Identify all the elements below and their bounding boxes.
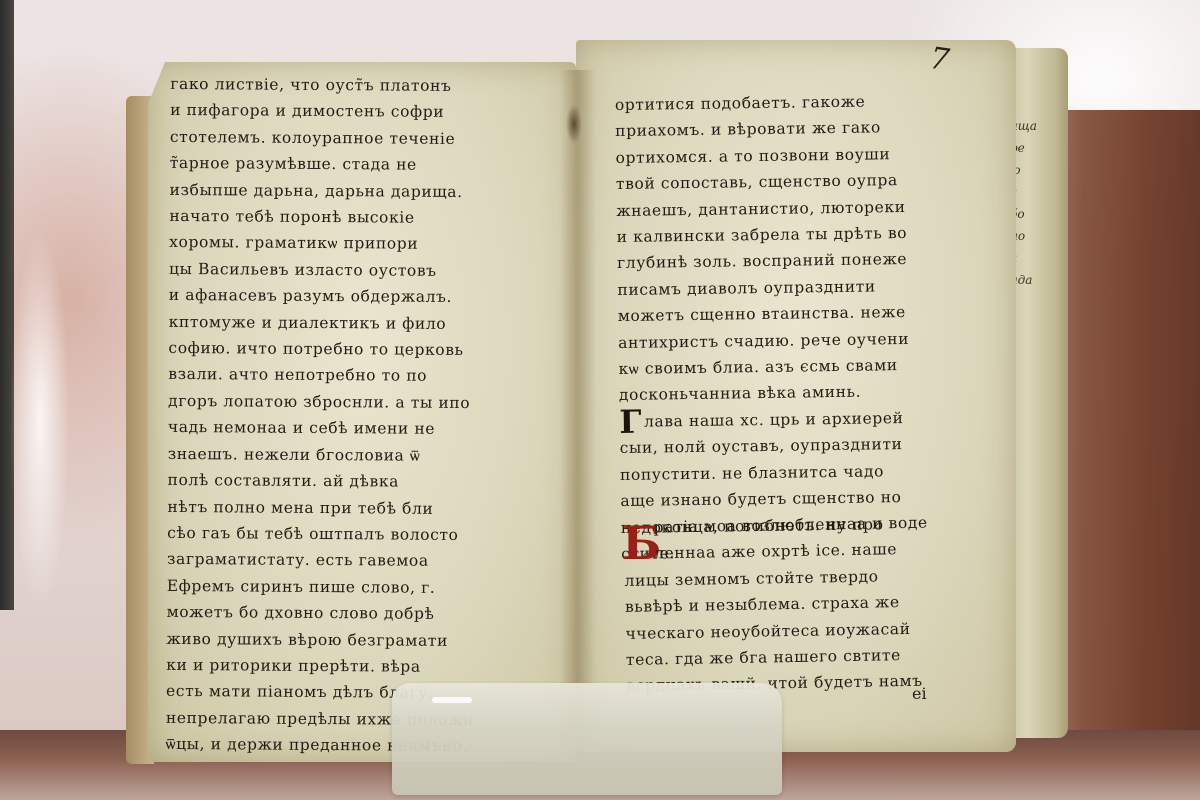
text-line: Ефремъ сиринъ пише слово, г. bbox=[167, 573, 475, 602]
left-page-text: гако листвіе, что оуст̃ъ платонъ и пифаг… bbox=[166, 71, 479, 760]
text-line: и пифагора и димостенъ софри bbox=[170, 97, 478, 126]
text-line: лава наша хс. црь и архиерей bbox=[644, 409, 904, 431]
text-line: заграматистату. есть гавемоа bbox=[167, 546, 475, 575]
text-line: дгоръ лопатою зброснли. а ты ипо bbox=[168, 388, 476, 417]
text-line: жнаешъ, дантанистио, лютореки bbox=[616, 194, 907, 224]
text-line: досконьчанниа вѣка аминь. bbox=[619, 378, 910, 408]
text-line: избыпше дарьна, дарьна дарища. bbox=[169, 177, 477, 206]
text-line: т̃арное разумѣвше. стада не bbox=[170, 150, 478, 179]
text-line: полѣ составляти. ай дѣвка bbox=[167, 467, 475, 496]
text-line: сыи, нолй оуставъ, оупразднити bbox=[619, 431, 910, 461]
text-line: знаешъ. нежели бгословиа ѿ bbox=[168, 441, 476, 470]
text-line: чадь немонаа и себѣ имени не bbox=[168, 414, 476, 443]
text-line: цы Васильевъ изласто оустовъ bbox=[169, 256, 477, 285]
museum-showcase-scene: ища pe ю a бо но a лда гако листвіе, что… bbox=[0, 0, 1200, 800]
open-manuscript-book: ища pe ю a бо но a лда гако листвіе, что… bbox=[0, 0, 1200, 800]
text-line: начато тебѣ поронѣ высокіе bbox=[169, 203, 477, 232]
quire-signature: ei bbox=[912, 684, 927, 703]
text-line: стотелемъ. колоурапное теченіе bbox=[170, 124, 478, 153]
text-line: и калвински забрела ты дрѣть во bbox=[617, 220, 908, 250]
text-line: софию. ичто потребно то церковь bbox=[168, 335, 476, 364]
text-line: антихристъ счадию. рече оучени bbox=[618, 326, 909, 356]
gutter-stain bbox=[566, 104, 582, 144]
text-line: попустити. не блазнитса чадо bbox=[620, 458, 911, 488]
text-line: приахомъ. и вѣровати же гако bbox=[615, 114, 906, 144]
right-page-lower-text: ратіа моа возлюбленнаа и воде леннаа аже… bbox=[653, 510, 930, 700]
chapter-first-line: Глава наша хс. црь и архиерей bbox=[619, 405, 910, 435]
text-line: кптомуже и диалектикъ и фило bbox=[169, 309, 477, 338]
text-line: и афанасевъ разумъ обдержалъ. bbox=[169, 282, 477, 311]
text-line: взали. ачто непотребно то по bbox=[168, 361, 476, 390]
stand-highlight bbox=[432, 697, 472, 703]
text-line: хоромы. граматикѡ припори bbox=[169, 229, 477, 258]
acrylic-book-stand bbox=[392, 683, 782, 795]
text-line: можетъ сщенно втаинства. неже bbox=[618, 299, 909, 329]
text-line: можетъ бо дховно слово добрѣ bbox=[167, 599, 475, 628]
chapter-initial: Г bbox=[619, 409, 642, 435]
text-line: глубинѣ золь. воспраний понеже bbox=[617, 246, 908, 276]
text-line: ортихомся. а то позвони воуши bbox=[615, 141, 906, 171]
text-line: леннаа аже охртѣ ісе. наше bbox=[654, 536, 929, 567]
text-line: нѣтъ полно мена при тебѣ бли bbox=[167, 493, 475, 522]
right-page-upper-text: ортитися подобаетъ. гакоже приахомъ. и в… bbox=[615, 88, 912, 567]
text-line: сѣо гаъ бы тебѣ оштпалъ волосто bbox=[167, 520, 475, 549]
text-line: кѡ своимъ блиа. азъ єсмь свами bbox=[618, 352, 909, 382]
text-line: живо душихъ вѣрою безграмати bbox=[166, 625, 474, 654]
text-line: твой сопоставь, сщенство оупра bbox=[616, 167, 907, 197]
text-line: гако листвіе, что оуст̃ъ платонъ bbox=[170, 71, 478, 100]
text-line: ортитися подобаетъ. гакоже bbox=[615, 88, 906, 118]
book-gutter bbox=[560, 70, 596, 760]
text-line: писамъ диаволъ оупразднити bbox=[617, 273, 908, 303]
text-line: ки и риторики прерѣти. вѣра bbox=[166, 652, 474, 681]
